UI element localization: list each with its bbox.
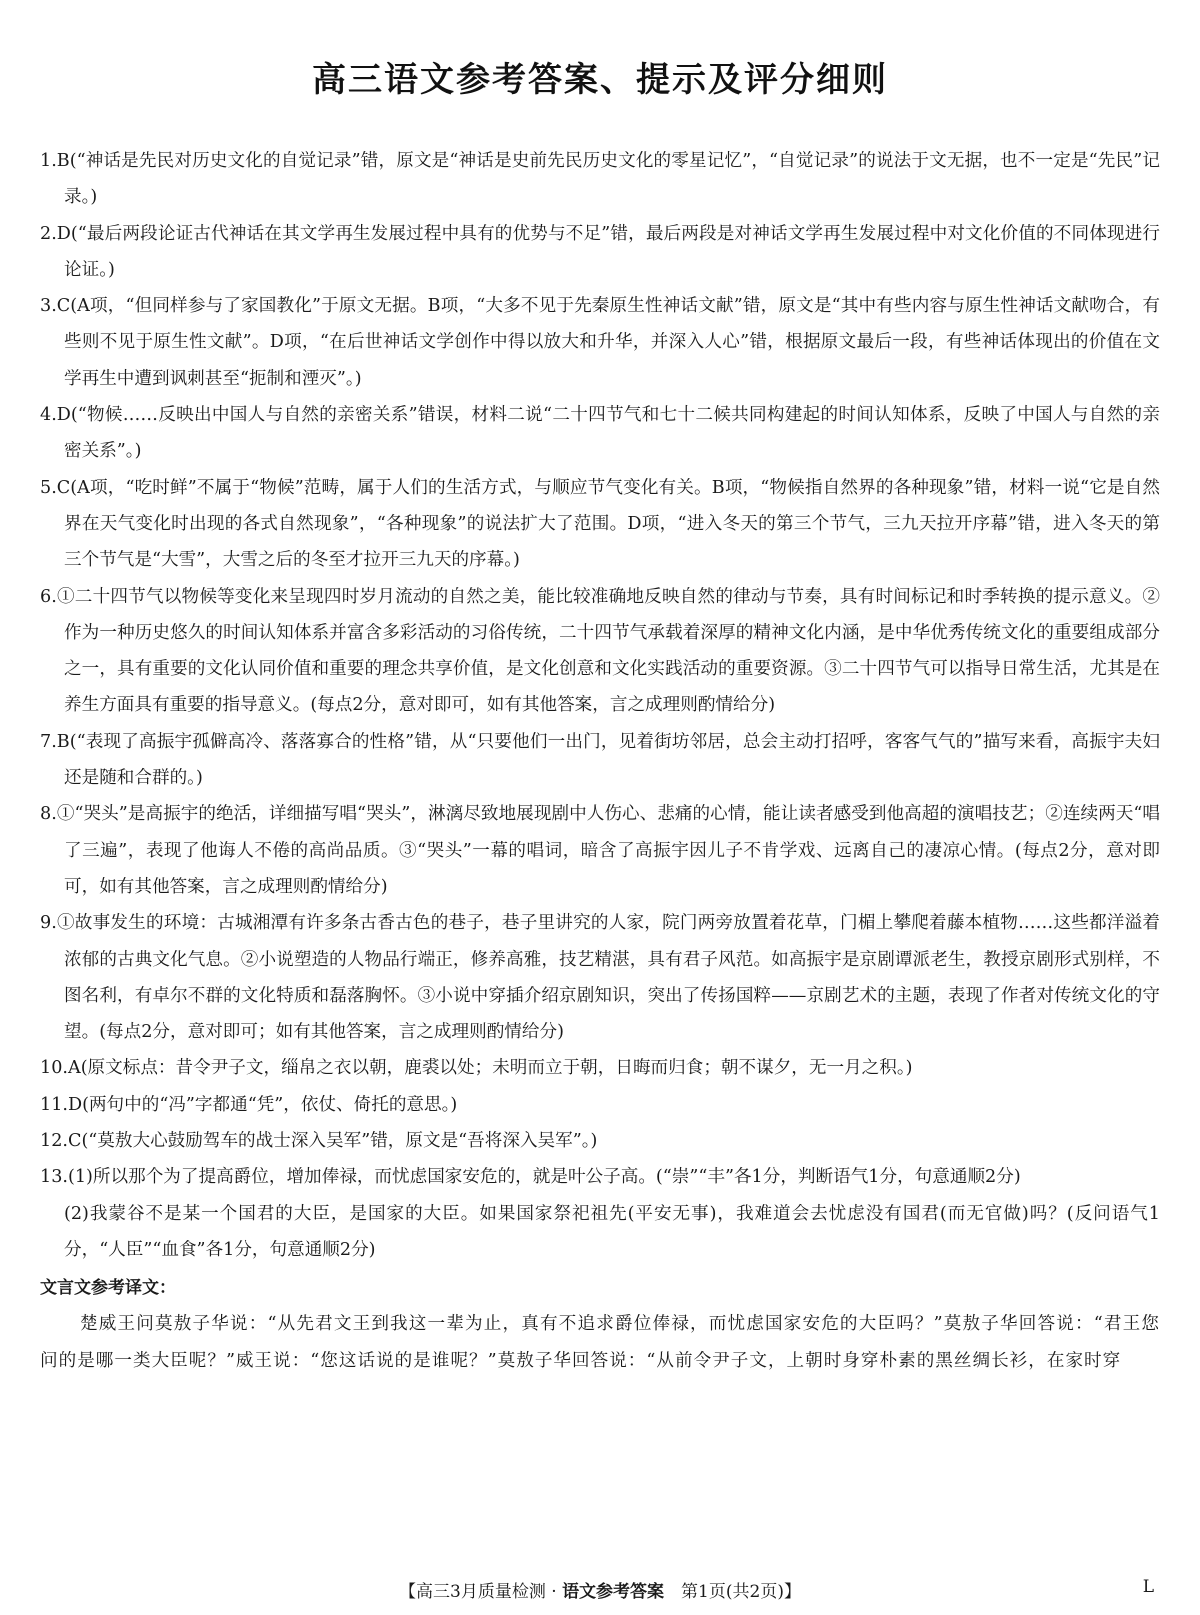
answer-text: D(“最后两段论证古代神话在其文学再生发展过程中具有的优势与不足”错，最后两段是… <box>57 224 1160 280</box>
answer-text: C(A项，“但同样参与了家国教化”于原文无据。B项，“大多不见于先秦原生性神话文… <box>57 296 1160 389</box>
translation-text: 楚威王问莫敖子华说：“从先君文王到我这一辈为止，真有不追求爵位俸禄，而忧虑国家安… <box>40 1306 1160 1379</box>
answer-item-4: 4.D(“物候……反映出中国人与自然的亲密关系”错误，材料二说“二十四节气和七十… <box>40 397 1160 470</box>
footer-page-number: 第1页(共2页)】 <box>664 1582 801 1602</box>
answer-number: 7. <box>40 732 57 752</box>
footer-exam-label: 【高三3月质量检测 <box>399 1582 546 1602</box>
answer-text: B(“表现了高振宇孤僻高冷、落落寡合的性格”错，从“只要他们一出门，见着街坊邻居… <box>57 732 1160 788</box>
answer-number: 12. <box>40 1131 68 1151</box>
answer-text: B(“神话是先民对历史文化的自觉记录”错，原文是“神话是史前先民历史文化的零星记… <box>57 151 1160 207</box>
answer-number: 11. <box>40 1095 68 1115</box>
answer-text: D(“物候……反映出中国人与自然的亲密关系”错误，材料二说“二十四节气和七十二候… <box>57 405 1160 461</box>
answer-number: 13. <box>40 1167 68 1187</box>
answer-number: 9. <box>40 913 57 933</box>
page-footer: 【高三3月质量检测 · 语文参考答案 第1页(共2页)】 <box>0 1577 1200 1602</box>
answer-item-1: 1.B(“神话是先民对历史文化的自觉记录”错，原文是“神话是史前先民历史文化的零… <box>40 143 1160 216</box>
answer-text: ①二十四节气以物候等变化来呈现四时岁月流动的自然之美，能比较准确地反映自然的律动… <box>57 587 1160 716</box>
answer-item-13-part-2: (2)我蒙谷不是某一个国君的大臣，是国家的大臣。如果国家祭祀祖先(平安无事)，我… <box>40 1196 1160 1269</box>
answer-item-12: 12.C(“莫敖大心鼓励驾车的战士深入吴军”错，原文是“吾将深入吴军”。) <box>40 1123 1160 1159</box>
answer-number: 1. <box>40 151 57 171</box>
answer-item-6: 6.①二十四节气以物候等变化来呈现四时岁月流动的自然之美，能比较准确地反映自然的… <box>40 579 1160 724</box>
answer-text: (1)所以那个为了提高爵位，增加俸禄，而忧虑国家安危的，就是叶公子高。(“崇”“… <box>68 1167 1021 1187</box>
answer-item-5: 5.C(A项，“吃时鲜”不属于“物候”范畴，属于人们的生活方式，与顺应节气变化有… <box>40 470 1160 579</box>
answer-list: 1.B(“神话是先民对历史文化的自觉记录”错，原文是“神话是史前先民历史文化的零… <box>40 143 1160 1379</box>
translation-heading: 文言文参考译文： <box>40 1270 1160 1306</box>
answer-text: C(A项，“吃时鲜”不属于“物候”范畴，属于人们的生活方式，与顺应节气变化有关。… <box>57 478 1160 571</box>
page-title: 高三语文参考答案、提示及评分细则 <box>0 52 1200 101</box>
answer-item-8: 8.①“哭头”是高振宇的绝活，详细描写唱“哭头”，淋漓尽致地展现剧中人伤心、悲痛… <box>40 796 1160 905</box>
footer-separator: · <box>546 1582 562 1602</box>
answer-item-9: 9.①故事发生的环境：古城湘潭有许多条古香古色的巷子，巷子里讲究的人家，院门两旁… <box>40 905 1160 1050</box>
answer-number: 10. <box>40 1058 68 1078</box>
answer-number: 4. <box>40 405 57 425</box>
answer-number: 2. <box>40 224 57 244</box>
answer-item-2: 2.D(“最后两段论证古代神话在其文学再生发展过程中具有的优势与不足”错，最后两… <box>40 216 1160 289</box>
answer-text: D(两句中的“冯”字都通“凭”，依仗、倚托的意思。) <box>68 1095 457 1115</box>
answer-item-11: 11.D(两句中的“冯”字都通“凭”，依仗、倚托的意思。) <box>40 1087 1160 1123</box>
footer-version-mark: L <box>1143 1577 1154 1597</box>
answer-text: A(原文标点：昔令尹子文，缁帛之衣以朝，鹿裘以处；未明而立于朝，日晦而归食；朝不… <box>68 1058 913 1078</box>
answer-number: 5. <box>40 478 57 498</box>
answer-number: 6. <box>40 587 57 607</box>
answer-number: 8. <box>40 804 57 824</box>
answer-text: C(“莫敖大心鼓励驾车的战士深入吴军”错，原文是“吾将深入吴军”。) <box>68 1131 597 1151</box>
answer-item-10: 10.A(原文标点：昔令尹子文，缁帛之衣以朝，鹿裘以处；未明而立于朝，日晦而归食… <box>40 1050 1160 1086</box>
answer-number: 3. <box>40 296 57 316</box>
answer-item-3: 3.C(A项，“但同样参与了家国教化”于原文无据。B项，“大多不见于先秦原生性神… <box>40 288 1160 397</box>
footer-subject-label: 语文参考答案 <box>562 1582 664 1602</box>
answer-item-7: 7.B(“表现了高振宇孤僻高冷、落落寡合的性格”错，从“只要他们一出门，见着街坊… <box>40 724 1160 797</box>
answer-text: ①“哭头”是高振宇的绝活，详细描写唱“哭头”，淋漓尽致地展现剧中人伤心、悲痛的心… <box>57 804 1160 897</box>
answer-item-13: 13.(1)所以那个为了提高爵位，增加俸禄，而忧虑国家安危的，就是叶公子高。(“… <box>40 1159 1160 1195</box>
answer-text: ①故事发生的环境：古城湘潭有许多条古香古色的巷子，巷子里讲究的人家，院门两旁放置… <box>57 913 1160 1042</box>
